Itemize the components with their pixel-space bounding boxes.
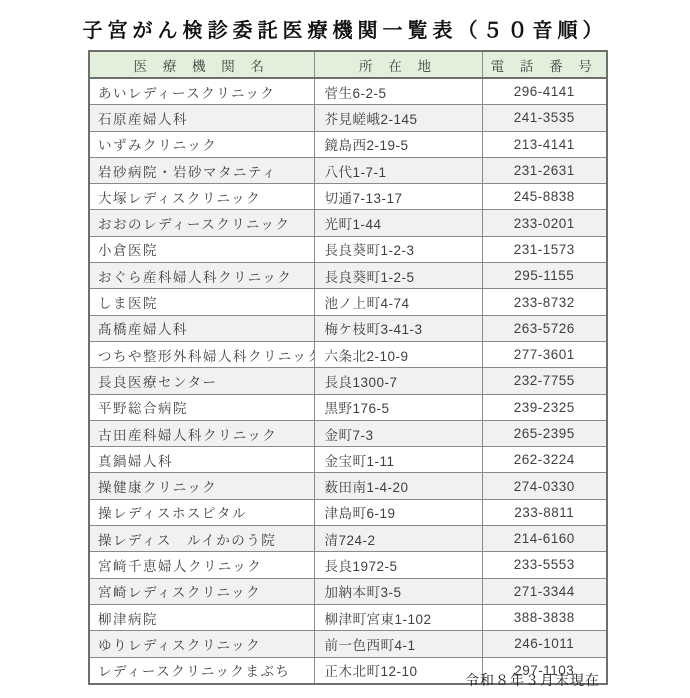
table-row: 柳津病院柳津町宮東1-102388-3838 bbox=[89, 604, 607, 630]
table-row: 平野総合病院黒野176-5239-2325 bbox=[89, 394, 607, 420]
cell-address: 鏡島西2-19-5 bbox=[314, 131, 482, 157]
cell-institution-name: つちや整形外科婦人科クリニック bbox=[89, 341, 314, 367]
cell-phone: 271-3344 bbox=[482, 578, 607, 604]
cell-institution-name: 髙橋産婦人科 bbox=[89, 315, 314, 341]
cell-institution-name: 岩砂病院・岩砂マタニティ bbox=[89, 157, 314, 183]
cell-institution-name: 小倉医院 bbox=[89, 236, 314, 262]
cell-address: 梅ケ枝町3-41-3 bbox=[314, 315, 482, 341]
cell-institution-name: 柳津病院 bbox=[89, 604, 314, 630]
cell-address: 柳津町宮東1-102 bbox=[314, 604, 482, 630]
cell-institution-name: 操健康クリニック bbox=[89, 473, 314, 499]
table-row: 髙橋産婦人科梅ケ枝町3-41-3263-5726 bbox=[89, 315, 607, 341]
cell-institution-name: いずみクリニック bbox=[89, 131, 314, 157]
table-row: おおのレディースクリニック光町1-44233-0201 bbox=[89, 210, 607, 236]
cell-institution-name: 宮崎レディスクリニック bbox=[89, 578, 314, 604]
cell-address: 光町1-44 bbox=[314, 210, 482, 236]
cell-phone: 214-6160 bbox=[482, 526, 607, 552]
cell-phone: 231-2631 bbox=[482, 157, 607, 183]
cell-phone: 246-1011 bbox=[482, 631, 607, 657]
cell-phone: 241-3535 bbox=[482, 105, 607, 131]
cell-phone: 231-1573 bbox=[482, 236, 607, 262]
cell-institution-name: 大塚レディスクリニック bbox=[89, 184, 314, 210]
cell-phone: 263-5726 bbox=[482, 315, 607, 341]
table-row: ゆりレディスクリニック前一色西町4-1246-1011 bbox=[89, 631, 607, 657]
cell-address: 切通7-13-17 bbox=[314, 184, 482, 210]
cell-institution-name: 操レディス ルイかのう院 bbox=[89, 526, 314, 552]
cell-address: 薮田南1-4-20 bbox=[314, 473, 482, 499]
cell-institution-name: 石原産婦人科 bbox=[89, 105, 314, 131]
cell-address: 八代1-7-1 bbox=[314, 157, 482, 183]
table-row: 古田産科婦人科クリニック金町7-3265-2395 bbox=[89, 420, 607, 446]
table-row: 宮崎レディスクリニック加納本町3-5271-3344 bbox=[89, 578, 607, 604]
cell-institution-name: 平野総合病院 bbox=[89, 394, 314, 420]
clinic-table: 医 療 機 関 名 所 在 地 電 話 番 号 あいレディースクリニック菅生6-… bbox=[88, 50, 608, 685]
table-header-row: 医 療 機 関 名 所 在 地 電 話 番 号 bbox=[89, 51, 607, 78]
cell-institution-name: おぐら産科婦人科クリニック bbox=[89, 263, 314, 289]
cell-phone: 277-3601 bbox=[482, 341, 607, 367]
header-address: 所 在 地 bbox=[314, 51, 482, 78]
cell-address: 前一色西町4-1 bbox=[314, 631, 482, 657]
table-row: おぐら産科婦人科クリニック長良葵町1-2-5295-1155 bbox=[89, 263, 607, 289]
cell-institution-name: 宮﨑千恵婦人クリニック bbox=[89, 552, 314, 578]
cell-address: 長良1300-7 bbox=[314, 368, 482, 394]
cell-address: 池ノ上町4-74 bbox=[314, 289, 482, 315]
table-row: 真鍋婦人科金宝町1-11262-3224 bbox=[89, 447, 607, 473]
table-row: 宮﨑千恵婦人クリニック長良1972-5233-5553 bbox=[89, 552, 607, 578]
cell-address: 加納本町3-5 bbox=[314, 578, 482, 604]
table-row: 長良医療センター長良1300-7232-7755 bbox=[89, 368, 607, 394]
cell-institution-name: あいレディースクリニック bbox=[89, 78, 314, 105]
table-row: つちや整形外科婦人科クリニック六条北2-10-9277-3601 bbox=[89, 341, 607, 367]
cell-address: 菅生6-2-5 bbox=[314, 78, 482, 105]
cell-address: 六条北2-10-9 bbox=[314, 341, 482, 367]
cell-phone: 233-8811 bbox=[482, 499, 607, 525]
header-institution-name: 医 療 機 関 名 bbox=[89, 51, 314, 78]
cell-address: 芥見嵯峨2-145 bbox=[314, 105, 482, 131]
cell-phone: 233-0201 bbox=[482, 210, 607, 236]
cell-institution-name: ゆりレディスクリニック bbox=[89, 631, 314, 657]
cell-address: 清724-2 bbox=[314, 526, 482, 552]
cell-phone: 274-0330 bbox=[482, 473, 607, 499]
cell-address: 長良葵町1-2-3 bbox=[314, 236, 482, 262]
cell-phone: 296-4141 bbox=[482, 78, 607, 105]
cell-institution-name: おおのレディースクリニック bbox=[89, 210, 314, 236]
cell-phone: 232-7755 bbox=[482, 368, 607, 394]
document-page: 子宮がん検診委託医療機関一覧表（５０音順） 医 療 機 関 名 所 在 地 電 … bbox=[0, 0, 690, 698]
cell-phone: 213-4141 bbox=[482, 131, 607, 157]
cell-phone: 233-5553 bbox=[482, 552, 607, 578]
table-row: あいレディースクリニック菅生6-2-5296-4141 bbox=[89, 78, 607, 105]
cell-institution-name: しま医院 bbox=[89, 289, 314, 315]
table-row: 操健康クリニック薮田南1-4-20274-0330 bbox=[89, 473, 607, 499]
cell-institution-name: 古田産科婦人科クリニック bbox=[89, 420, 314, 446]
cell-address: 金町7-3 bbox=[314, 420, 482, 446]
date-note: 令和８年３月末現在 bbox=[0, 670, 600, 690]
cell-phone: 295-1155 bbox=[482, 263, 607, 289]
table-row: 操レディス ルイかのう院清724-2214-6160 bbox=[89, 526, 607, 552]
table-row: いずみクリニック鏡島西2-19-5213-4141 bbox=[89, 131, 607, 157]
table-row: 岩砂病院・岩砂マタニティ八代1-7-1231-2631 bbox=[89, 157, 607, 183]
cell-address: 長良葵町1-2-5 bbox=[314, 263, 482, 289]
cell-phone: 265-2395 bbox=[482, 420, 607, 446]
cell-phone: 233-8732 bbox=[482, 289, 607, 315]
table-body: あいレディースクリニック菅生6-2-5296-4141石原産婦人科芥見嵯峨2-1… bbox=[89, 78, 607, 684]
cell-address: 津島町6-19 bbox=[314, 499, 482, 525]
cell-address: 黒野176-5 bbox=[314, 394, 482, 420]
table-row: 操レディスホスピタル津島町6-19233-8811 bbox=[89, 499, 607, 525]
cell-address: 金宝町1-11 bbox=[314, 447, 482, 473]
cell-phone: 245-8838 bbox=[482, 184, 607, 210]
table-row: 小倉医院長良葵町1-2-3231-1573 bbox=[89, 236, 607, 262]
header-phone: 電 話 番 号 bbox=[482, 51, 607, 78]
table-row: 石原産婦人科芥見嵯峨2-145241-3535 bbox=[89, 105, 607, 131]
cell-institution-name: 長良医療センター bbox=[89, 368, 314, 394]
table-row: 大塚レディスクリニック切通7-13-17245-8838 bbox=[89, 184, 607, 210]
cell-phone: 239-2325 bbox=[482, 394, 607, 420]
cell-phone: 388-3838 bbox=[482, 604, 607, 630]
cell-institution-name: 操レディスホスピタル bbox=[89, 499, 314, 525]
table-row: しま医院池ノ上町4-74233-8732 bbox=[89, 289, 607, 315]
cell-address: 長良1972-5 bbox=[314, 552, 482, 578]
cell-phone: 262-3224 bbox=[482, 447, 607, 473]
cell-institution-name: 真鍋婦人科 bbox=[89, 447, 314, 473]
page-title: 子宮がん検診委託医療機関一覧表（５０音順） bbox=[0, 14, 690, 43]
